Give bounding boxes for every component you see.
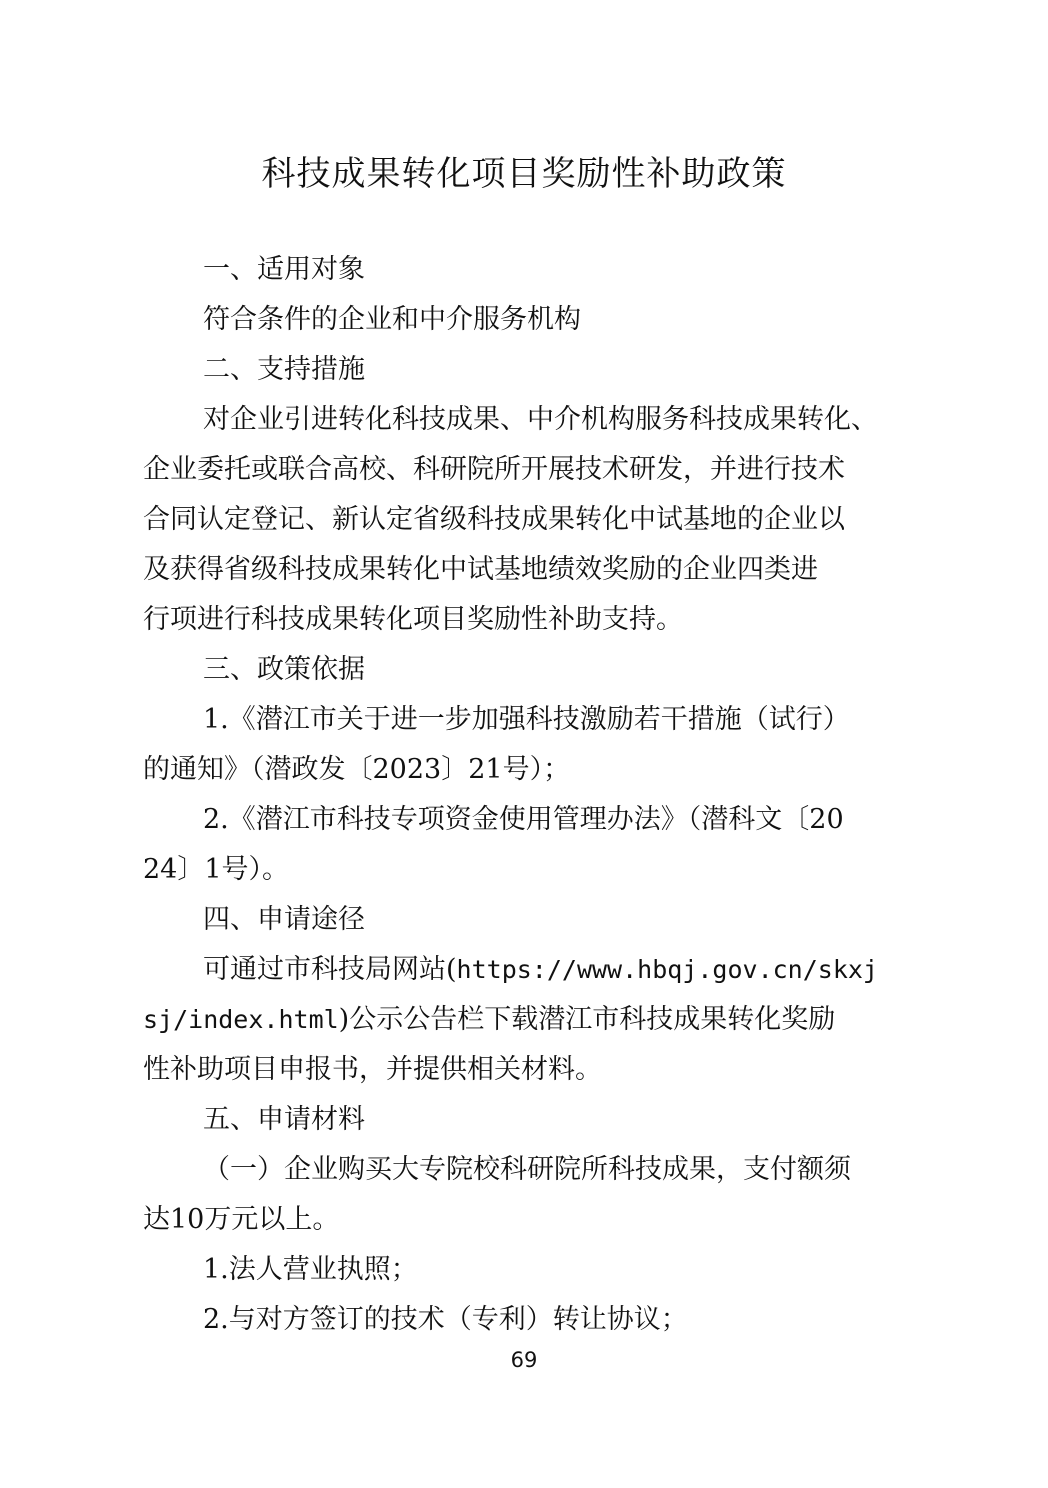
- paragraph-line: 可通过市科技局网站(https://www.hbqj.gov.cn/skxj: [203, 952, 983, 988]
- reference-item-1: 1.《潜江市关于进一步加强科技激励若干措施（试行）: [203, 702, 983, 738]
- reference-item-2: 2.《潜江市科技专项资金使用管理办法》（潜科文〔20: [203, 802, 983, 838]
- material-item-1: 1.法人营业执照；: [203, 1252, 983, 1288]
- paragraph-line: 符合条件的企业和中介服务机构: [203, 302, 983, 338]
- paragraph-line: 合同认定登记、新认定省级科技成果转化中试基地的企业以: [143, 502, 923, 538]
- paragraph-line: 性补助项目申报书，并提供相关材料。: [143, 1052, 923, 1088]
- document-title: 科技成果转化项目奖励性补助政策: [0, 146, 1048, 195]
- section-heading-1: 一、适用对象: [203, 252, 983, 288]
- website-link[interactable]: https://www.hbqj.gov.cn/skxj: [457, 955, 878, 984]
- section-heading-2: 二、支持措施: [203, 352, 983, 388]
- paragraph-line: 对企业引进转化科技成果、中介机构服务科技成果转化、: [203, 402, 983, 438]
- text-span: 可通过市科技局网站(: [203, 954, 457, 985]
- paragraph-line: 及获得省级科技成果转化中试基地绩效奖励的企业四类进: [143, 552, 923, 588]
- reference-item-1-cont: 的通知》（潜政发〔2023〕21号）；: [143, 752, 923, 788]
- section-heading-5: 五、申请材料: [203, 1102, 983, 1138]
- section-heading-3: 三、政策依据: [203, 652, 983, 688]
- paragraph-line: 企业委托或联合高校、科研院所开展技术研发，并进行技术: [143, 452, 923, 488]
- paragraph-line: sj/index.html)公示公告栏下载潜江市科技成果转化奖励: [143, 1002, 923, 1038]
- document-page: 科技成果转化项目奖励性补助政策 一、适用对象 符合条件的企业和中介服务机构 二、…: [0, 0, 1048, 1488]
- section-heading-4: 四、申请途径: [203, 902, 983, 938]
- paragraph-line: 行项进行科技成果转化项目奖励性补助支持。: [143, 602, 923, 638]
- subsection-heading: （一）企业购买大专院校科研院所科技成果，支付额须: [203, 1152, 983, 1188]
- material-item-2: 2.与对方签订的技术（专利）转让协议；: [203, 1302, 983, 1338]
- reference-item-2-cont: 24〕1号）。: [143, 852, 923, 888]
- page-number: 69: [0, 1348, 1048, 1372]
- paragraph-line: 达10万元以上。: [143, 1202, 923, 1238]
- website-link-cont[interactable]: sj/index.html: [143, 1005, 339, 1034]
- text-span: )公示公告栏下载潜江市科技成果转化奖励: [339, 1004, 836, 1035]
